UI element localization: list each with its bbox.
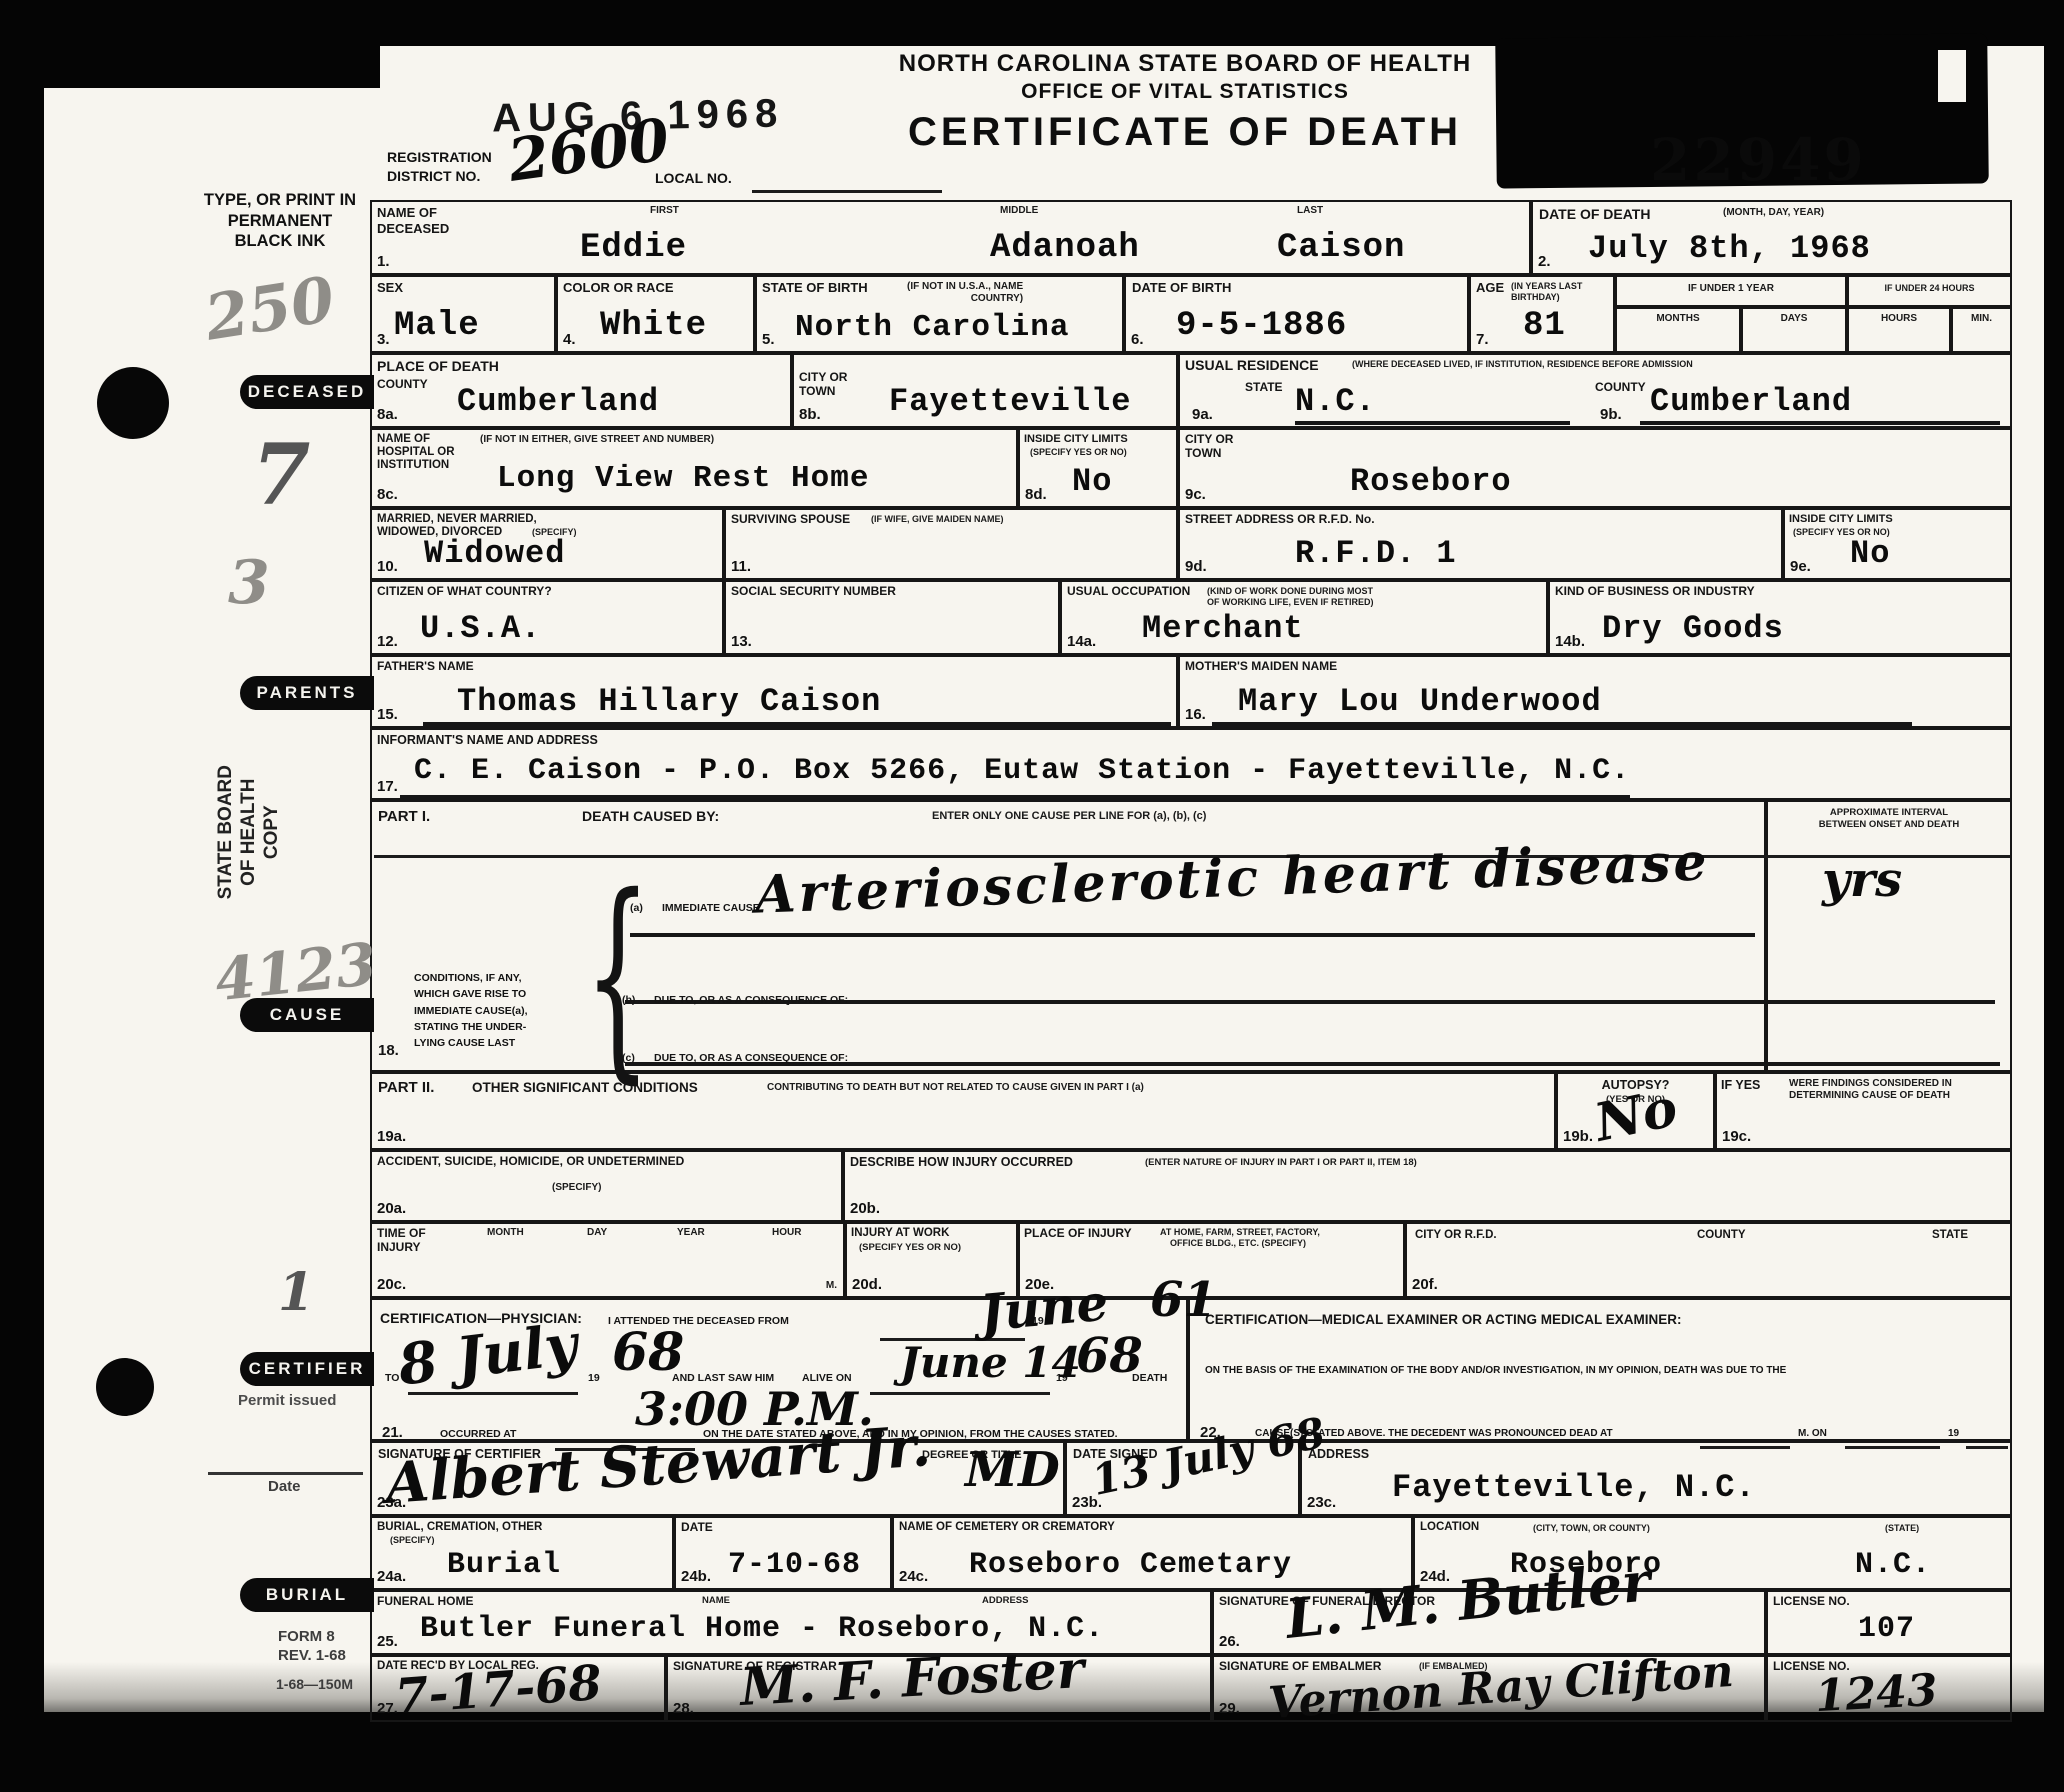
- burial-location-label: LOCATION: [1420, 1521, 1479, 1534]
- loc-city-head: CITY OR R.F.D.: [1415, 1229, 1497, 1242]
- field-citizen: CITIZEN OF WHAT COUNTRY? 12. U.S.A.: [370, 580, 724, 655]
- residence-county-num: 9b.: [1600, 406, 1622, 423]
- part1-b-label: DUE TO, OR AS A CONSEQUENCE OF:: [654, 994, 848, 1006]
- field-father: FATHER'S NAME 15. Thomas Hillary Caison: [370, 655, 1178, 728]
- accident-label: ACCIDENT, SUICIDE, HOMICIDE, OR UNDETERM…: [377, 1155, 817, 1169]
- permit-date-line: [208, 1472, 363, 1475]
- field-occupation: USUAL OCCUPATION (KIND OF WORK DONE DURI…: [1060, 580, 1548, 655]
- value-funeral-home: Butler Funeral Home - Roseboro, N.C.: [420, 1612, 1104, 1646]
- citizen-num: 12.: [377, 633, 398, 650]
- value-burial-state: N.C.: [1855, 1548, 1931, 1582]
- type-instruction: TYPE, OR PRINT IN PERMANENT BLACK INK: [190, 190, 370, 252]
- hour-head: HOUR: [772, 1227, 801, 1239]
- residence-state-label: STATE: [1245, 381, 1283, 395]
- field-burial-date: DATE 24b. 7-10-68: [674, 1516, 892, 1590]
- cert21-t2: TO: [385, 1372, 399, 1384]
- father-label: FATHER'S NAME: [377, 660, 474, 674]
- pod-county-label: COUNTY: [377, 378, 428, 392]
- pencil-mark-1: 1: [278, 1262, 314, 1323]
- field-informant: INFORMANT'S NAME AND ADDRESS 17. C. E. C…: [370, 728, 2012, 800]
- value-interval: yrs: [1822, 852, 1902, 908]
- field-date-of-death: DATE OF DEATH (MONTH, DAY, YEAR) 2. July…: [1531, 200, 2012, 275]
- ssn-label: SOCIAL SECURITY NUMBER: [731, 585, 896, 599]
- how-label: DESCRIBE HOW INJURY OCCURRED: [850, 1155, 1073, 1169]
- spouse-num: 11.: [731, 558, 751, 575]
- field-cemetery: NAME OF CEMETERY OR CREMATORY 24c. Roseb…: [892, 1516, 1413, 1590]
- copy-line1: STATE BOARD: [215, 746, 238, 918]
- value-pod-city: Fayetteville: [889, 383, 1131, 420]
- year-head: YEAR: [677, 1227, 705, 1239]
- certificate-title: CERTIFICATE OF DEATH: [880, 110, 1490, 155]
- cert21-y2: 19: [588, 1372, 600, 1384]
- field-sex: SEX 3. Male: [370, 275, 556, 353]
- residence-state-underline: [1295, 421, 1570, 425]
- scan-frame-top-left: [0, 0, 380, 88]
- place-sub2: OFFICE BLDG., ETC. (SPECIFY): [1170, 1238, 1306, 1249]
- value-date-of-death: July 8th, 1968: [1588, 230, 1871, 267]
- name-label-2: DECEASED: [377, 222, 449, 237]
- type-instruction-line3: BLACK INK: [190, 231, 370, 252]
- value-pod-county: Cumberland: [457, 383, 659, 420]
- work-num: 20d.: [852, 1276, 882, 1293]
- age-num: 7.: [1476, 331, 1489, 348]
- cert22-blank1: [1700, 1446, 1790, 1449]
- race-num: 4.: [563, 331, 576, 348]
- cert21-num: 21.: [382, 1424, 403, 1441]
- pod-city-num: 8b.: [799, 406, 821, 423]
- findings-line2: WERE FINDINGS CONSIDERED IN: [1789, 1078, 1952, 1090]
- time-num: 20c.: [377, 1276, 406, 1293]
- director-num: 26.: [1219, 1633, 1240, 1650]
- tab-parents-label: PARENTS: [257, 683, 358, 703]
- cert22-y: 19: [1948, 1428, 1959, 1439]
- dob-label: DATE OF BIRTH: [1132, 281, 1231, 296]
- field-if-under-24-hours: IF UNDER 24 HOURS: [1847, 275, 2012, 307]
- dob-num: 6.: [1131, 331, 1144, 348]
- tab-burial: BURIAL: [240, 1578, 374, 1612]
- cert21-t6: OCCURRED AT: [440, 1428, 516, 1440]
- work-label: INJURY AT WORK: [851, 1227, 949, 1240]
- value-street: R.F.D. 1: [1295, 535, 1457, 572]
- field-min: MIN.: [1951, 307, 2012, 353]
- how-num: 20b.: [850, 1200, 880, 1217]
- inside9e-label: INSIDE CITY LIMITS: [1789, 513, 1893, 526]
- cond-line5: LYING CAUSE LAST: [414, 1035, 574, 1051]
- day-head: DAY: [587, 1227, 607, 1239]
- value-burial-date: 7-10-68: [728, 1548, 861, 1582]
- copy-line3: COPY: [260, 746, 283, 918]
- value-residence-county: Cumberland: [1650, 383, 1852, 420]
- field-usual-residence: USUAL RESIDENCE (WHERE DECEASED LIVED, I…: [1178, 353, 2012, 428]
- inside8d-label: INSIDE CITY LIMITS: [1024, 433, 1128, 446]
- last-head: LAST: [1297, 205, 1323, 217]
- registration-label-line1: REGISTRATION: [387, 148, 492, 167]
- funeral-home-label: FUNERAL HOME: [377, 1595, 473, 1609]
- tab-burial-label: BURIAL: [266, 1585, 348, 1605]
- field-hours: HOURS: [1847, 307, 1951, 353]
- cond-line3: IMMEDIATE CAUSE(a),: [414, 1003, 574, 1019]
- tab-certifier: CERTIFIER: [240, 1352, 374, 1386]
- type-instruction-line1: TYPE, OR PRINT IN: [190, 190, 370, 211]
- residence-header: USUAL RESIDENCE: [1185, 357, 1319, 373]
- part2-label: PART II.: [378, 1079, 434, 1096]
- value-state-of-birth: North Carolina: [795, 310, 1069, 345]
- funeral-home-num: 25.: [377, 1633, 398, 1650]
- field-months: MONTHS: [1615, 307, 1741, 353]
- findings-line3: DETERMINING CAUSE OF DEATH: [1789, 1090, 1950, 1102]
- burial-location-sub2: (STATE): [1885, 1523, 1919, 1534]
- occupation-sub: (KIND OF WORK DONE DURING MOST OF WORKIN…: [1207, 586, 1374, 608]
- hw-attended-to-year: 68: [612, 1322, 684, 1383]
- pod-city-label: CITY OR TOWN: [799, 371, 847, 399]
- place-of-death-header: PLACE OF DEATH: [377, 358, 499, 374]
- part1-instruction: ENTER ONLY ONE CAUSE PER LINE FOR (a), (…: [932, 810, 1206, 823]
- field-certifier-address: ADDRESS 23c. Fayetteville, N.C.: [1300, 1441, 2012, 1516]
- part1-c-label: DUE TO, OR AS A CONSEQUENCE OF:: [654, 1052, 848, 1064]
- dod-num: 2.: [1538, 253, 1551, 270]
- cert22-blank2: [1845, 1446, 1940, 1449]
- license1-label: LICENSE NO.: [1773, 1595, 1850, 1609]
- pod-county-num: 8a.: [377, 406, 398, 423]
- spouse-label: SURVIVING SPOUSE: [731, 513, 850, 527]
- under1-label: IF UNDER 1 YEAR: [1617, 283, 1845, 295]
- value-res-city: Roseboro: [1350, 463, 1512, 500]
- value-citizen: U.S.A.: [420, 610, 541, 647]
- field-funeral-home: FUNERAL HOME NAME ADDRESS 25. Butler Fun…: [370, 1590, 1212, 1655]
- field-marital-status: MARRIED, NEVER MARRIED, WIDOWED, DIVORCE…: [370, 508, 724, 580]
- tab-parents: PARENTS: [240, 676, 374, 710]
- pencil-mark-3: 3: [228, 548, 270, 618]
- field-mother: MOTHER'S MAIDEN NAME 16. Mary Lou Underw…: [1178, 655, 2012, 728]
- part1-a-tag: (a): [630, 902, 643, 914]
- loc-state-head: STATE: [1932, 1229, 1968, 1242]
- value-father: Thomas Hillary Caison: [457, 683, 881, 720]
- field-part2-other-conditions: PART II. OTHER SIGNIFICANT CONDITIONS CO…: [370, 1072, 1556, 1150]
- informant-underline: [400, 795, 1630, 799]
- value-inside8d: No: [1072, 463, 1112, 500]
- hospital-num: 8c.: [377, 486, 398, 503]
- age-label: AGE: [1476, 281, 1504, 296]
- time-m-label: M.: [826, 1280, 837, 1292]
- copy-line2: OF HEALTH: [238, 746, 261, 918]
- months-label: MONTHS: [1617, 313, 1739, 325]
- registration-label-line2: DISTRICT NO.: [387, 167, 492, 186]
- registrar-num: 28.: [673, 1700, 694, 1717]
- part1-b-tag: (b): [622, 994, 635, 1006]
- office-name: OFFICE OF VITAL STATISTICS: [880, 80, 1490, 104]
- value-certifier-address: Fayetteville, N.C.: [1392, 1469, 1756, 1506]
- spouse-sub: (IF WIFE, GIVE MAIDEN NAME): [871, 514, 1004, 525]
- middle-head: MIDDLE: [1000, 205, 1038, 217]
- marital-num: 10.: [377, 558, 398, 575]
- field-time-of-injury: TIME OF INJURY MONTH DAY YEAR HOUR 20c. …: [370, 1222, 845, 1298]
- res-city-num: 9c.: [1185, 486, 1206, 503]
- hw-degree: MD: [965, 1442, 1060, 1498]
- burial-date-num: 24b.: [681, 1568, 711, 1585]
- bstate-label: STATE OF BIRTH: [762, 281, 868, 296]
- field-state-of-birth: STATE OF BIRTH (IF NOT IN U.S.A., NAME C…: [755, 275, 1124, 353]
- cert22-t1: ON THE BASIS OF THE EXAMINATION OF THE B…: [1205, 1365, 1786, 1376]
- field-autopsy-findings: IF YES WERE FINDINGS CONSIDERED IN DETER…: [1715, 1072, 2012, 1150]
- residence-county-label: COUNTY: [1595, 381, 1646, 395]
- cond-line4: STATING THE UNDER-: [414, 1019, 574, 1035]
- loc-num: 20f.: [1412, 1276, 1438, 1293]
- hw-license2: 1243: [1814, 1665, 1939, 1722]
- field-name-of-deceased: NAME OF DECEASED FIRST MIDDLE LAST 1. Ed…: [370, 200, 1531, 275]
- days-label: DAYS: [1743, 313, 1845, 325]
- field-injury-location: CITY OR R.F.D. COUNTY STATE 20f.: [1405, 1222, 2012, 1298]
- punch-hole-bottom: [96, 1358, 154, 1416]
- burial-location-sub: (CITY, TOWN, OR COUNTY): [1533, 1523, 1650, 1534]
- month-head: MONTH: [487, 1227, 524, 1239]
- place-sub1: AT HOME, FARM, STREET, FACTORY,: [1160, 1227, 1320, 1238]
- ssn-num: 13.: [731, 633, 752, 650]
- form-print-run: 1-68—150M: [276, 1676, 353, 1692]
- mother-num: 16.: [1185, 706, 1206, 723]
- tab-cause: CAUSE: [240, 998, 374, 1032]
- field-hospital: NAME OF HOSPITAL OR INSTITUTION (IF NOT …: [370, 428, 1018, 508]
- field-how-injury-occurred: DESCRIBE HOW INJURY OCCURRED (ENTER NATU…: [843, 1150, 2012, 1222]
- part2-sub: CONTRIBUTING TO DEATH BUT NOT RELATED TO…: [767, 1082, 1144, 1094]
- value-race: White: [600, 307, 707, 345]
- field-days: DAYS: [1741, 307, 1847, 353]
- father-underline: [423, 722, 1171, 726]
- part1-a-label: IMMEDIATE CAUSE: [662, 902, 760, 914]
- value-inside9e: No: [1850, 535, 1890, 572]
- field-ssn: SOCIAL SECURITY NUMBER 13.: [724, 580, 1060, 655]
- industry-label: KIND OF BUSINESS OR INDUSTRY: [1555, 585, 1755, 599]
- permit-date-label: Date: [268, 1478, 301, 1495]
- field-residence-city: CITY OR TOWN 9c. Roseboro: [1178, 428, 2012, 508]
- value-sex: Male: [394, 307, 480, 345]
- funeral-home-addr-head: ADDRESS: [982, 1595, 1028, 1606]
- part1-caused-by: DEATH CAUSED BY:: [582, 808, 719, 824]
- street-num: 9d.: [1185, 558, 1207, 575]
- local-no-blank: [752, 190, 942, 193]
- hospital-sub: (IF NOT IN EITHER, GIVE STREET AND NUMBE…: [480, 434, 714, 446]
- bstate-num: 5.: [762, 331, 775, 348]
- hw-attended-from-year: 61: [1150, 1272, 1217, 1328]
- cemetery-num: 24c.: [899, 1568, 928, 1585]
- industry-num: 14b.: [1555, 633, 1585, 650]
- value-age: 81: [1523, 307, 1566, 345]
- value-residence-state: N.C.: [1295, 383, 1376, 420]
- burial-sub: (SPECIFY): [390, 1535, 435, 1546]
- name-num: 1.: [377, 253, 390, 270]
- autopsy-num: 19b.: [1563, 1128, 1593, 1145]
- address-num: 23c.: [1307, 1494, 1336, 1511]
- punch-hole-top: [97, 367, 169, 439]
- interval-label-1: APPROXIMATE INTERVAL: [1768, 807, 2010, 818]
- board-name: NORTH CAROLINA STATE BOARD OF HEALTH: [880, 50, 1490, 78]
- value-informant: C. E. Caison - P.O. Box 5266, Eutaw Stat…: [414, 754, 1630, 788]
- funeral-home-name-head: NAME: [702, 1595, 730, 1606]
- value-last-name: Caison: [1277, 229, 1405, 267]
- tab-deceased: DECEASED: [240, 375, 374, 409]
- field-approximate-interval: APPROXIMATE INTERVAL BETWEEN ONSET AND D…: [1766, 800, 2012, 1072]
- registration-district-label: REGISTRATION DISTRICT NO.: [387, 148, 492, 186]
- tab-deceased-label: DECEASED: [248, 382, 366, 402]
- value-hospital: Long View Rest Home: [497, 461, 869, 496]
- scan-frame-right: [2044, 0, 2064, 1792]
- age-sub: (IN YEARS LAST BIRTHDAY): [1511, 281, 1582, 303]
- permit-issued-label: Permit issued: [238, 1392, 336, 1409]
- cond-line2: WHICH GAVE RISE TO: [414, 986, 574, 1002]
- residence-county-underline: [1640, 421, 2000, 425]
- hours-label: HOURS: [1849, 313, 1949, 325]
- findings-label: IF YES: [1721, 1078, 1760, 1092]
- burial-num: 24a.: [377, 1568, 406, 1585]
- informant-num: 17.: [377, 778, 398, 795]
- how-sub: (ENTER NATURE OF INJURY IN PART I OR PAR…: [1145, 1157, 1417, 1168]
- tab-certifier-label: CERTIFIER: [249, 1359, 366, 1379]
- hw-last-saw-year: 68: [1076, 1328, 1143, 1384]
- form-number: FORM 8: [278, 1628, 335, 1645]
- part1-label: PART I.: [378, 808, 430, 825]
- value-occupation: Merchant: [1142, 610, 1304, 647]
- place-label: PLACE OF INJURY: [1024, 1227, 1132, 1241]
- work-sub: (SPECIFY YES OR NO): [859, 1242, 961, 1253]
- value-first-name: Eddie: [580, 229, 687, 267]
- part1-conditions-note: CONDITIONS, IF ANY, WHICH GAVE RISE TO I…: [414, 970, 574, 1051]
- accident-num: 20a.: [377, 1200, 406, 1217]
- occupation-label: USUAL OCCUPATION: [1067, 585, 1190, 599]
- scan-frame-bottom: [0, 1712, 2064, 1792]
- field-surviving-spouse: SURVIVING SPOUSE (IF WIFE, GIVE MAIDEN N…: [724, 508, 1178, 580]
- name-label-1: NAME OF: [377, 206, 437, 221]
- residence-sub: (WHERE DECEASED LIVED, IF INSTITUTION, R…: [1352, 359, 1693, 370]
- field-street-address: STREET ADDRESS OR R.F.D. No. 9d. R.F.D. …: [1178, 508, 1783, 580]
- value-mother: Mary Lou Underwood: [1238, 683, 1602, 720]
- hw-last-saw: June 14: [900, 1338, 1081, 1387]
- field-place-of-death-county: PLACE OF DEATH COUNTY 8a. Cumberland: [370, 353, 792, 428]
- value-marital: Widowed: [424, 535, 565, 572]
- inside9e-num: 9e.: [1790, 558, 1811, 575]
- embalmer-num: 29.: [1219, 1700, 1240, 1717]
- field-license-no-1: LICENSE NO. 107: [1766, 1590, 2012, 1655]
- value-date-of-birth: 9-5-1886: [1176, 307, 1347, 345]
- part2-num: 19a.: [377, 1128, 406, 1145]
- state-board-copy-label: STATE BOARD OF HEALTH COPY: [215, 746, 283, 918]
- certificate-number: 22949: [1650, 126, 1867, 194]
- value-burial: Burial: [447, 1548, 561, 1582]
- under24-label: IF UNDER 24 HOURS: [1849, 283, 2010, 294]
- conditions-brace: {: [584, 851, 651, 1103]
- inside8d-sub: (SPECIFY YES OR NO): [1030, 447, 1127, 458]
- cert22-blank3: [1966, 1446, 2008, 1449]
- form-revision: REV. 1-68: [278, 1647, 346, 1664]
- value-industry: Dry Goods: [1602, 610, 1784, 647]
- field-accident-suicide: ACCIDENT, SUICIDE, HOMICIDE, OR UNDETERM…: [370, 1150, 843, 1222]
- residence-state-num: 9a.: [1192, 406, 1213, 423]
- cond-line1: CONDITIONS, IF ANY,: [414, 970, 574, 986]
- cert22-title: CERTIFICATION—MEDICAL EXAMINER OR ACTING…: [1205, 1312, 1682, 1327]
- cemetery-label: NAME OF CEMETERY OR CREMATORY: [899, 1521, 1115, 1534]
- burial-date-label: DATE: [681, 1521, 713, 1535]
- part1-c-tag: (c): [622, 1052, 635, 1064]
- bstate-sub: (IF NOT IN U.S.A., NAME COUNTRY): [907, 281, 1023, 305]
- part1-num: 18.: [378, 1042, 399, 1059]
- cert21-blank3: [870, 1392, 1050, 1395]
- field-inside-city-limits-9e: INSIDE CITY LIMITS (SPECIFY YES OR NO) 9…: [1783, 508, 2012, 580]
- time-label: TIME OF INJURY: [377, 1227, 426, 1255]
- tab-cause-label: CAUSE: [270, 1005, 345, 1025]
- type-instruction-line2: PERMANENT: [190, 211, 370, 232]
- mother-label: MOTHER'S MAIDEN NAME: [1185, 660, 1337, 674]
- occupation-num: 14a.: [1067, 633, 1096, 650]
- father-num: 15.: [377, 706, 398, 723]
- value-middle-name: Adanoah: [990, 229, 1140, 267]
- sex-label: SEX: [377, 281, 403, 296]
- redaction-notch: [1938, 50, 1966, 102]
- findings-num: 19c.: [1722, 1128, 1751, 1145]
- cert22-t3: M. ON: [1798, 1428, 1827, 1439]
- inside8d-num: 8d.: [1025, 486, 1047, 503]
- scan-frame-left: [0, 0, 44, 1792]
- mother-underline: [1212, 722, 1912, 726]
- first-head: FIRST: [650, 205, 679, 217]
- dod-sub: (MONTH, DAY, YEAR): [1723, 207, 1824, 219]
- cause-a-line: [630, 933, 1755, 937]
- dod-label: DATE OF DEATH: [1539, 206, 1650, 222]
- hospital-label: NAME OF HOSPITAL OR INSTITUTION: [377, 433, 455, 473]
- race-label: COLOR OR RACE: [563, 281, 674, 296]
- accident-sub: (SPECIFY): [552, 1182, 601, 1194]
- field-burial-cremation: BURIAL, CREMATION, OTHER (SPECIFY) 24a. …: [370, 1516, 674, 1590]
- field-color-or-race: COLOR OR RACE 4. White: [556, 275, 755, 353]
- value-cemetery: Roseboro Cemetary: [969, 1548, 1292, 1582]
- sex-num: 3.: [377, 331, 390, 348]
- field-age: AGE (IN YEARS LAST BIRTHDAY) 7. 81: [1469, 275, 1615, 353]
- pencil-mark-7: 7: [252, 425, 310, 524]
- min-label: MIN.: [1953, 313, 2010, 325]
- value-license1: 107: [1858, 1612, 1915, 1646]
- res-city-label: CITY OR TOWN: [1185, 433, 1233, 461]
- field-industry: KIND OF BUSINESS OR INDUSTRY 14b. Dry Go…: [1548, 580, 2012, 655]
- burial-label: BURIAL, CREMATION, OTHER: [377, 1521, 542, 1534]
- street-label: STREET ADDRESS OR R.F.D. No.: [1185, 513, 1375, 527]
- loc-county-head: COUNTY: [1697, 1229, 1746, 1242]
- scanned-death-certificate: TYPE, OR PRINT IN PERMANENT BLACK INK DE…: [0, 0, 2064, 1792]
- field-date-of-birth: DATE OF BIRTH 6. 9-5-1886: [1124, 275, 1469, 353]
- interval-label-2: BETWEEN ONSET AND DEATH: [1768, 819, 2010, 830]
- field-inside-city-limits-8d: INSIDE CITY LIMITS (SPECIFY YES OR NO) 8…: [1018, 428, 1178, 508]
- certificate-title-block: NORTH CAROLINA STATE BOARD OF HEALTH OFF…: [880, 50, 1490, 155]
- citizen-label: CITIZEN OF WHAT COUNTRY?: [377, 585, 552, 599]
- informant-label: INFORMANT'S NAME AND ADDRESS: [377, 733, 598, 747]
- field-if-under-1-year: IF UNDER 1 YEAR: [1615, 275, 1847, 307]
- field-place-of-death-city: CITY OR TOWN 8b. Fayetteville: [792, 353, 1178, 428]
